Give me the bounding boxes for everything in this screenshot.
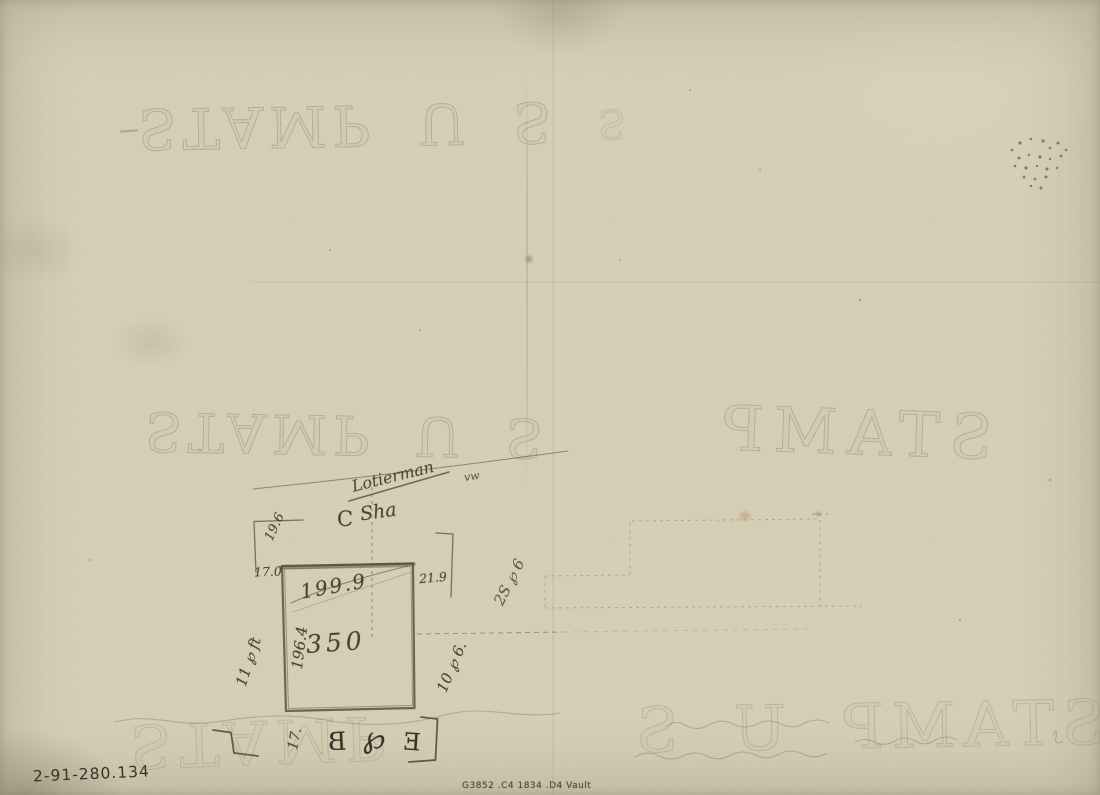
dim-label-top-right: 21.9 [418, 569, 447, 586]
call-number: G3852 .C4 1834 .D4 Vault [462, 781, 591, 791]
ghost-text-middle-right: STAMP [711, 391, 994, 474]
ghost-text-top-left: STAMP U S [137, 88, 557, 160]
dim-label-top-left: 17.0 [254, 564, 282, 580]
ghost-text-bottom-right: STAMP U S [627, 686, 1100, 767]
ghost-text-middle-left: STAMP U S [144, 399, 549, 469]
mirrored-glyph-e: E [402, 727, 421, 756]
mirrored-glyph-b: B [327, 727, 347, 757]
ghost-text-bottom-left: STAMP [129, 701, 394, 780]
area-label: 350 [305, 626, 367, 659]
label-c: C [337, 507, 353, 531]
ghost-text-top-fragment: S [598, 100, 625, 146]
small-mark: vw [463, 469, 481, 485]
mirrored-glyph-per: ℘ [362, 719, 388, 758]
